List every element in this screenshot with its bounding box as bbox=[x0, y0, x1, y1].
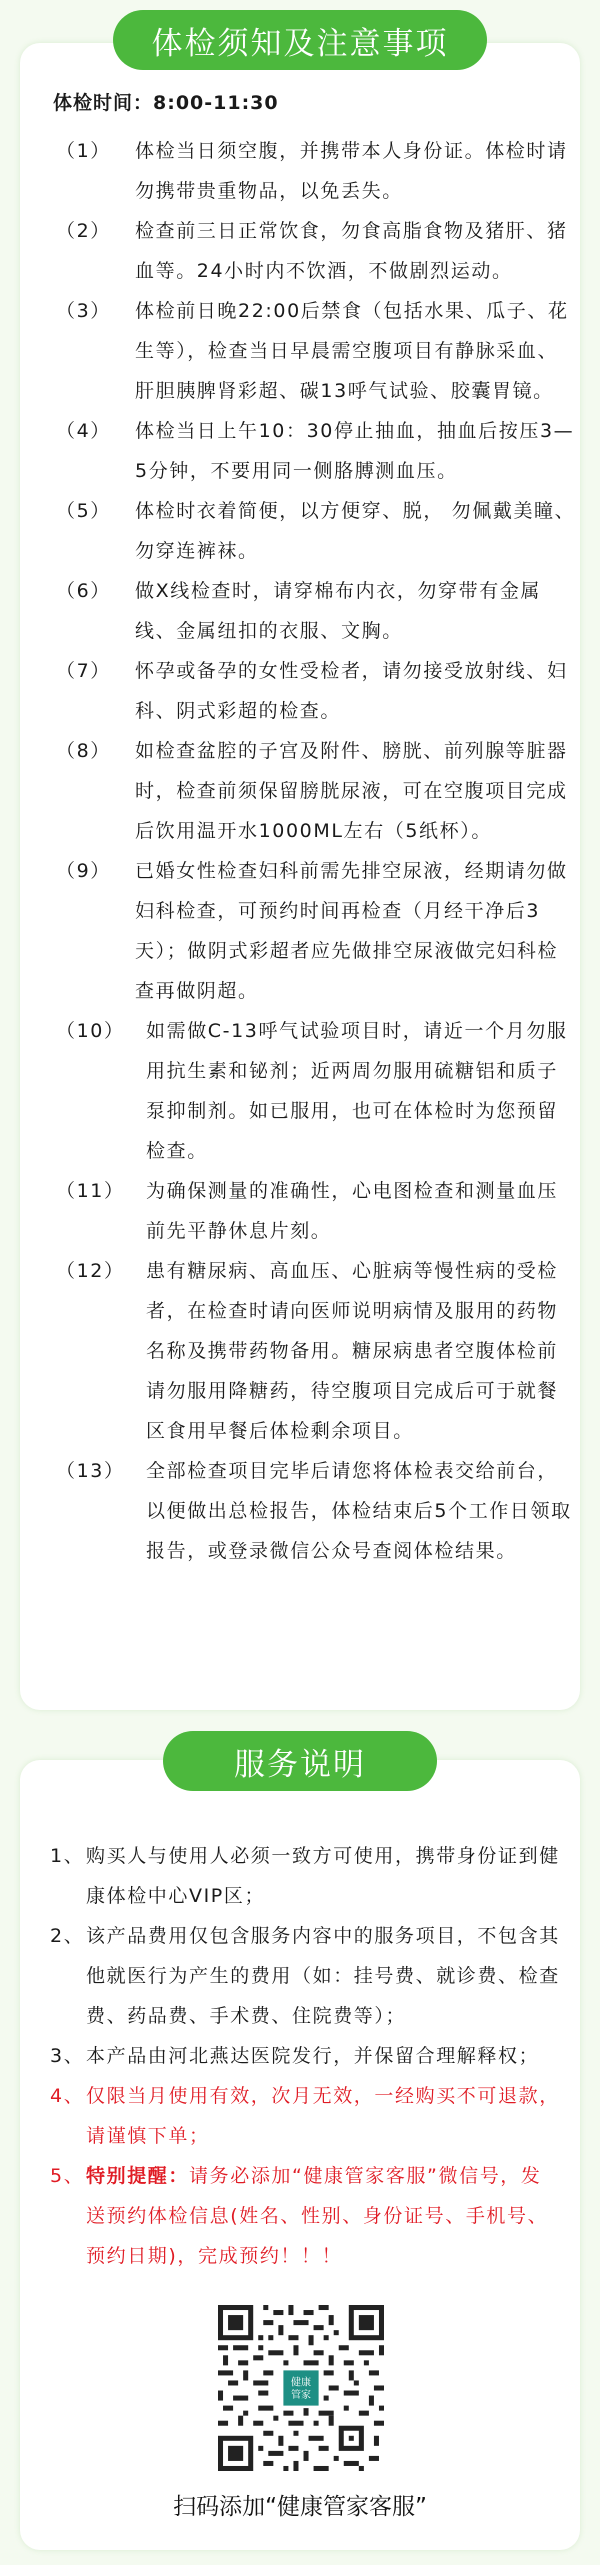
notice-item: （10）如需做C-13呼气试验项目时，请近一个月勿服用抗生素和铋剂；近两周勿服用… bbox=[56, 1011, 576, 1171]
item-text: 该产品费用仅包含服务内容中的服务项目，不包含其他就医行为产生的费用（如：挂号费、… bbox=[86, 1916, 560, 2036]
item-number: （13） bbox=[56, 1451, 144, 1571]
item-number: （4） bbox=[56, 411, 133, 491]
service-item-reminder: 5、特别提醒：请务必添加“健康管家客服”微信号，发送预约体检信息(姓名、性别、身… bbox=[50, 2156, 560, 2276]
notice-item: （9）已婚女性检查妇科前需先排空尿液，经期请勿做妇科检查，可预约时间再检查（月经… bbox=[56, 851, 576, 1011]
item-number: （12） bbox=[56, 1251, 144, 1451]
notice-item: （1）体检当日须空腹，并携带本人身份证。体检时请勿携带贵重物品，以免丢失。 bbox=[56, 131, 576, 211]
item-number: 2、 bbox=[50, 1916, 86, 2036]
qr-logo-text: 健康 bbox=[291, 2375, 311, 2388]
item-text: 仅限当月使用有效，次月无效，一经购买不可退款，请谨慎下单； bbox=[86, 2076, 560, 2156]
item-text: 如检查盆腔的子宫及附件、膀胱、前列腺等脏器时，检查前须保留膀胱尿液，可在空腹项目… bbox=[133, 731, 576, 851]
item-text: 患有糖尿病、高血压、心脏病等慢性病的受检者，在检查时请向医师说明病情及服用的药物… bbox=[144, 1251, 576, 1451]
item-text: 怀孕或备孕的女性受检者，请勿接受放射线、妇科、阴式彩超的检查。 bbox=[133, 651, 576, 731]
service-item: 2、该产品费用仅包含服务内容中的服务项目，不包含其他就医行为产生的费用（如：挂号… bbox=[50, 1916, 560, 2036]
item-text: 为确保测量的准确性，心电图检查和测量血压前先平静休息片刻。 bbox=[144, 1171, 576, 1251]
service-item-warning: 4、仅限当月使用有效，次月无效，一经购买不可退款，请谨慎下单； bbox=[50, 2076, 560, 2156]
notice-item: （7）怀孕或备孕的女性受检者，请勿接受放射线、妇科、阴式彩超的检查。 bbox=[56, 651, 576, 731]
item-number: 1、 bbox=[50, 1836, 86, 1916]
service-card: 1、购买人与使用人必须一致方可使用，携带身份证到健康体检中心VIP区； 2、该产… bbox=[20, 1760, 580, 2550]
item-text: 体检当日上午10：30停止抽血，抽血后按压3—5分钟，不要用同一侧胳膊测血压。 bbox=[133, 411, 576, 491]
service-item: 1、购买人与使用人必须一致方可使用，携带身份证到健康体检中心VIP区； bbox=[50, 1836, 560, 1916]
item-number: （9） bbox=[56, 851, 133, 1011]
notice-item: （3）体检前日晚22:00后禁食（包括水果、瓜子、花生等），检查当日早晨需空腹项… bbox=[56, 291, 576, 411]
item-number: （1） bbox=[56, 131, 133, 211]
notice-item: （8）如检查盆腔的子宫及附件、膀胱、前列腺等脏器时，检查前须保留膀胱尿液，可在空… bbox=[56, 731, 576, 851]
item-number: 5、 bbox=[50, 2156, 86, 2276]
notice-item: （2）检查前三日正常饮食，勿食高脂食物及猪肝、猪血等。24小时内不饮酒，不做剧烈… bbox=[56, 211, 576, 291]
notice-item: （11）为确保测量的准确性，心电图检查和测量血压前先平静休息片刻。 bbox=[56, 1171, 576, 1251]
item-number: （2） bbox=[56, 211, 133, 291]
item-text: 如需做C-13呼气试验项目时，请近一个月勿服用抗生素和铋剂；近两周勿服用硫糖铝和… bbox=[144, 1011, 576, 1171]
notice-title-text: 体检须知及注意事项 bbox=[152, 18, 449, 63]
item-text: 体检当日须空腹，并携带本人身份证。体检时请勿携带贵重物品，以免丢失。 bbox=[133, 131, 576, 211]
qr-logo-text: 管家 bbox=[291, 2388, 311, 2401]
notice-item: （6）做X线检查时，请穿棉布内衣，勿穿带有金属线、金属纽扣的衣服、文胸。 bbox=[56, 571, 576, 651]
notice-item: （4）体检当日上午10：30停止抽血，抽血后按压3—5分钟，不要用同一侧胳膊测血… bbox=[56, 411, 576, 491]
item-number: （5） bbox=[56, 491, 133, 571]
qr-code-icon: 健康 管家 bbox=[218, 2305, 384, 2471]
notice-item: （5）体检时衣着简便，以方便穿、脱， 勿佩戴美瞳、勿穿连裤袜。 bbox=[56, 491, 576, 571]
notice-item: （12）患有糖尿病、高血压、心脏病等慢性病的受检者，在检查时请向医师说明病情及服… bbox=[56, 1251, 576, 1451]
qr-caption: 扫码添加“健康管家客服” bbox=[20, 2488, 580, 2521]
notice-item: （13）全部检查项目完毕后请您将体检表交给前台，以便做出总检报告，体检结束后5个… bbox=[56, 1451, 576, 1571]
item-text: 购买人与使用人必须一致方可使用，携带身份证到健康体检中心VIP区； bbox=[86, 1836, 560, 1916]
service-title-text: 服务说明 bbox=[234, 1739, 366, 1784]
item-text: 检查前三日正常饮食，勿食高脂食物及猪肝、猪血等。24小时内不饮酒，不做剧烈运动。 bbox=[133, 211, 576, 291]
item-number: （6） bbox=[56, 571, 133, 651]
item-number: （8） bbox=[56, 731, 133, 851]
item-text: 体检时衣着简便，以方便穿、脱， 勿佩戴美瞳、勿穿连裤袜。 bbox=[133, 491, 576, 571]
exam-time: 体检时间：8:00-11:30 bbox=[53, 88, 279, 115]
special-reminder-label: 特别提醒： bbox=[86, 2165, 189, 2187]
service-section-title: 服务说明 bbox=[163, 1731, 437, 1791]
service-item: 3、本产品由河北燕达医院发行，并保留合理解释权； bbox=[50, 2036, 560, 2076]
qr-code[interactable]: 健康 管家 bbox=[218, 2305, 384, 2471]
item-text: 全部检查项目完毕后请您将体检表交给前台，以便做出总检报告，体检结束后5个工作日领… bbox=[144, 1451, 576, 1571]
service-list: 1、购买人与使用人必须一致方可使用，携带身份证到健康体检中心VIP区； 2、该产… bbox=[50, 1836, 560, 2276]
item-text: 体检前日晚22:00后禁食（包括水果、瓜子、花生等），检查当日早晨需空腹项目有静… bbox=[133, 291, 576, 411]
item-text: 本产品由河北燕达医院发行，并保留合理解释权； bbox=[86, 2036, 560, 2076]
notice-card: 体检时间：8:00-11:30 （1）体检当日须空腹，并携带本人身份证。体检时请… bbox=[20, 43, 580, 1710]
item-text: 做X线检查时，请穿棉布内衣，勿穿带有金属线、金属纽扣的衣服、文胸。 bbox=[133, 571, 576, 651]
item-number: （3） bbox=[56, 291, 133, 411]
item-number: （11） bbox=[56, 1171, 144, 1251]
notice-list: （1）体检当日须空腹，并携带本人身份证。体检时请勿携带贵重物品，以免丢失。 （2… bbox=[56, 131, 576, 1571]
item-number: （7） bbox=[56, 651, 133, 731]
item-text: 已婚女性检查妇科前需先排空尿液，经期请勿做妇科检查，可预约时间再检查（月经干净后… bbox=[133, 851, 576, 1011]
item-number: 3、 bbox=[50, 2036, 86, 2076]
item-number: （10） bbox=[56, 1011, 144, 1171]
item-number: 4、 bbox=[50, 2076, 86, 2156]
notice-section-title: 体检须知及注意事项 bbox=[113, 10, 487, 70]
